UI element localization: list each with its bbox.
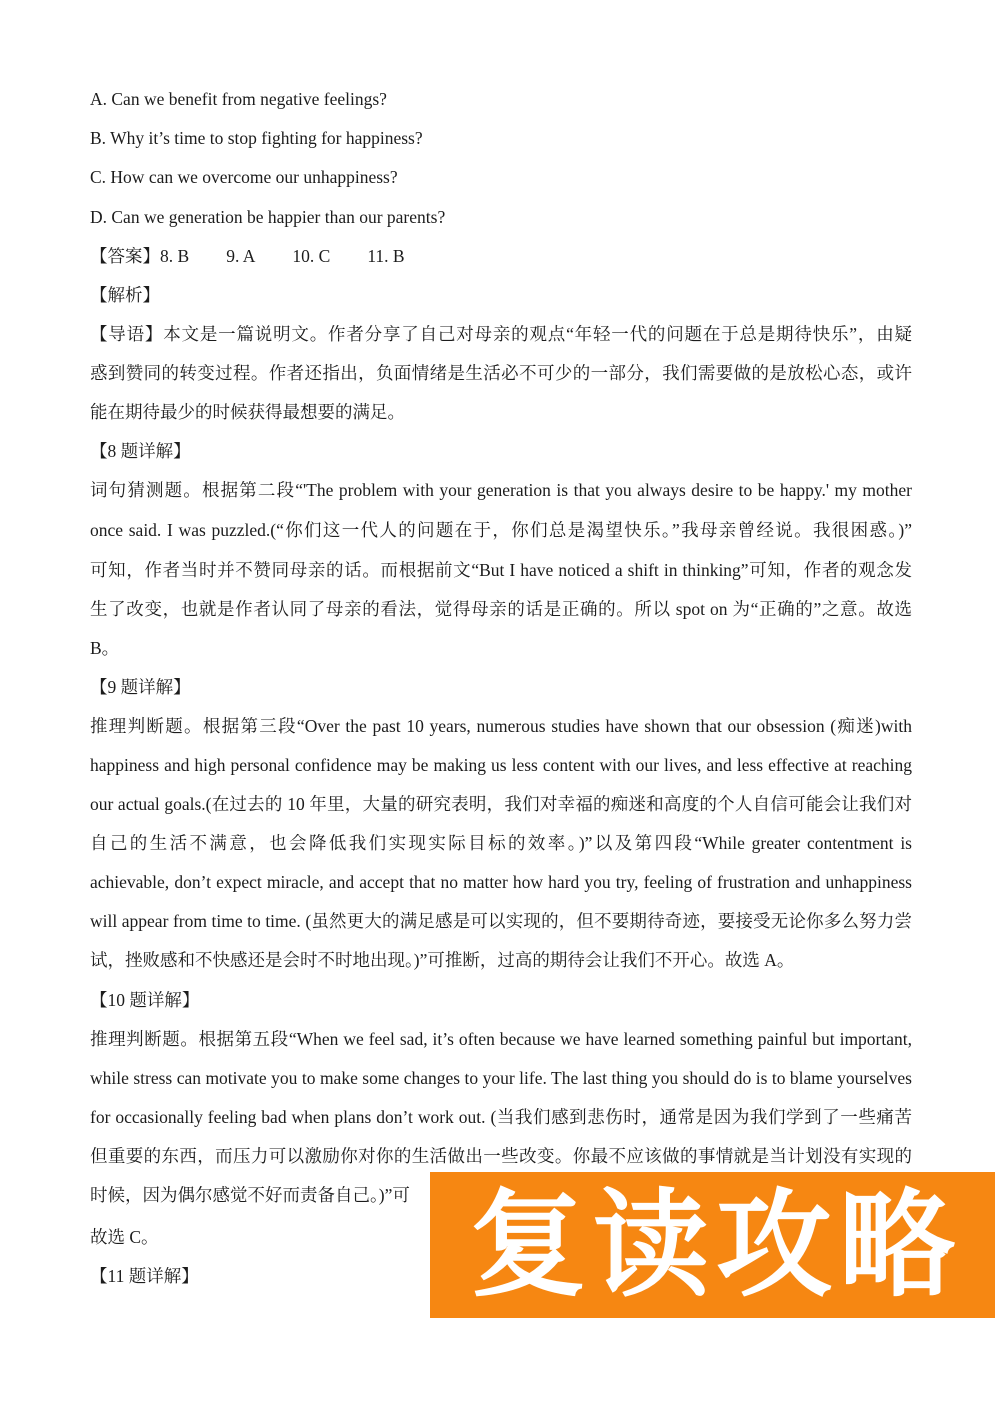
explanation-line: B。 <box>90 629 912 668</box>
explanation-line: happiness and high personal confidence m… <box>90 746 912 785</box>
explanation-line: achievable, don’t expect miracle, and ac… <box>90 863 912 902</box>
explanation-line: for occasionally feeling bad when plans … <box>90 1098 912 1137</box>
answer-label: 【答案】 <box>90 246 160 266</box>
intro-line: 【导语】本文是一篇说明文。作者分享了自己对母亲的观点“年轻一代的问题在于总是期待… <box>90 315 912 354</box>
answer-item: 10. C <box>292 246 330 266</box>
explanation-line: 自己的生活不满意，也会降低我们实现实际目标的效率。)”以及第四段“While g… <box>90 824 912 863</box>
option-a: A. Can we benefit from negative feelings… <box>90 80 912 119</box>
explanation-line: while stress can motivate you to make so… <box>90 1059 912 1098</box>
explanation-line: 推理判断题。根据第三段“Over the past 10 years, nume… <box>90 707 912 746</box>
explanation-line: once said. I was puzzled.(“你们这一代人的问题在于，你… <box>90 511 912 550</box>
answer-row: 【答案】8. B9. A10. C11. B <box>90 237 912 276</box>
answer-item: 11. B <box>367 246 404 266</box>
option-c: C. How can we overcome our unhappiness? <box>90 158 912 197</box>
section-heading-analysis: 【解析】 <box>90 276 912 315</box>
section-heading-q10: 【10 题详解】 <box>90 981 912 1020</box>
explanation-line: our actual goals.(在过去的 10 年里，大量的研究表明，我们对… <box>90 785 912 824</box>
section-heading-q8: 【8 题详解】 <box>90 432 912 471</box>
explanation-line: 词句猜测题。根据第二段“'The problem with your gener… <box>90 471 912 510</box>
section-heading-q9: 【9 题详解】 <box>90 668 912 707</box>
option-b: B. Why it’s time to stop fighting for ha… <box>90 119 912 158</box>
explanation-line: 但重要的东西，而压力可以激励你对你的生活做出一些改变。你最不应该做的事情就是当计… <box>90 1137 912 1176</box>
document-page: A. Can we benefit from negative feelings… <box>0 0 1000 1414</box>
explanation-line: 推理判断题。根据第五段“When we feel sad, it’s often… <box>90 1020 912 1059</box>
option-d: D. Can we generation be happier than our… <box>90 198 912 237</box>
repeat-strategy-banner: 复读攻略 <box>430 1172 995 1318</box>
answer-item: 8. B <box>160 246 189 266</box>
explanation-line: 生了改变，也就是作者认同了母亲的看法，觉得母亲的话是正确的。所以 spot on… <box>90 590 912 629</box>
banner-text: 复读攻略 <box>470 1187 962 1303</box>
explanation-line: 可知，作者当时并不赞同母亲的话。而根据前文“But I have noticed… <box>90 551 912 590</box>
intro-line: 惑到赞同的转变过程。作者还指出，负面情绪是生活必不可少的一部分，我们需要做的是放… <box>90 354 912 393</box>
explanation-line: 试，挫败感和不快感还是会时不时地出现。)”可推断，过高的期待会让我们不开心。故选… <box>90 941 912 980</box>
intro-line: 能在期待最少的时候获得最想要的满足。 <box>90 393 912 432</box>
explanation-line: will appear from time to time. (虽然更大的满足感… <box>90 902 912 941</box>
answer-item: 9. A <box>226 246 255 266</box>
